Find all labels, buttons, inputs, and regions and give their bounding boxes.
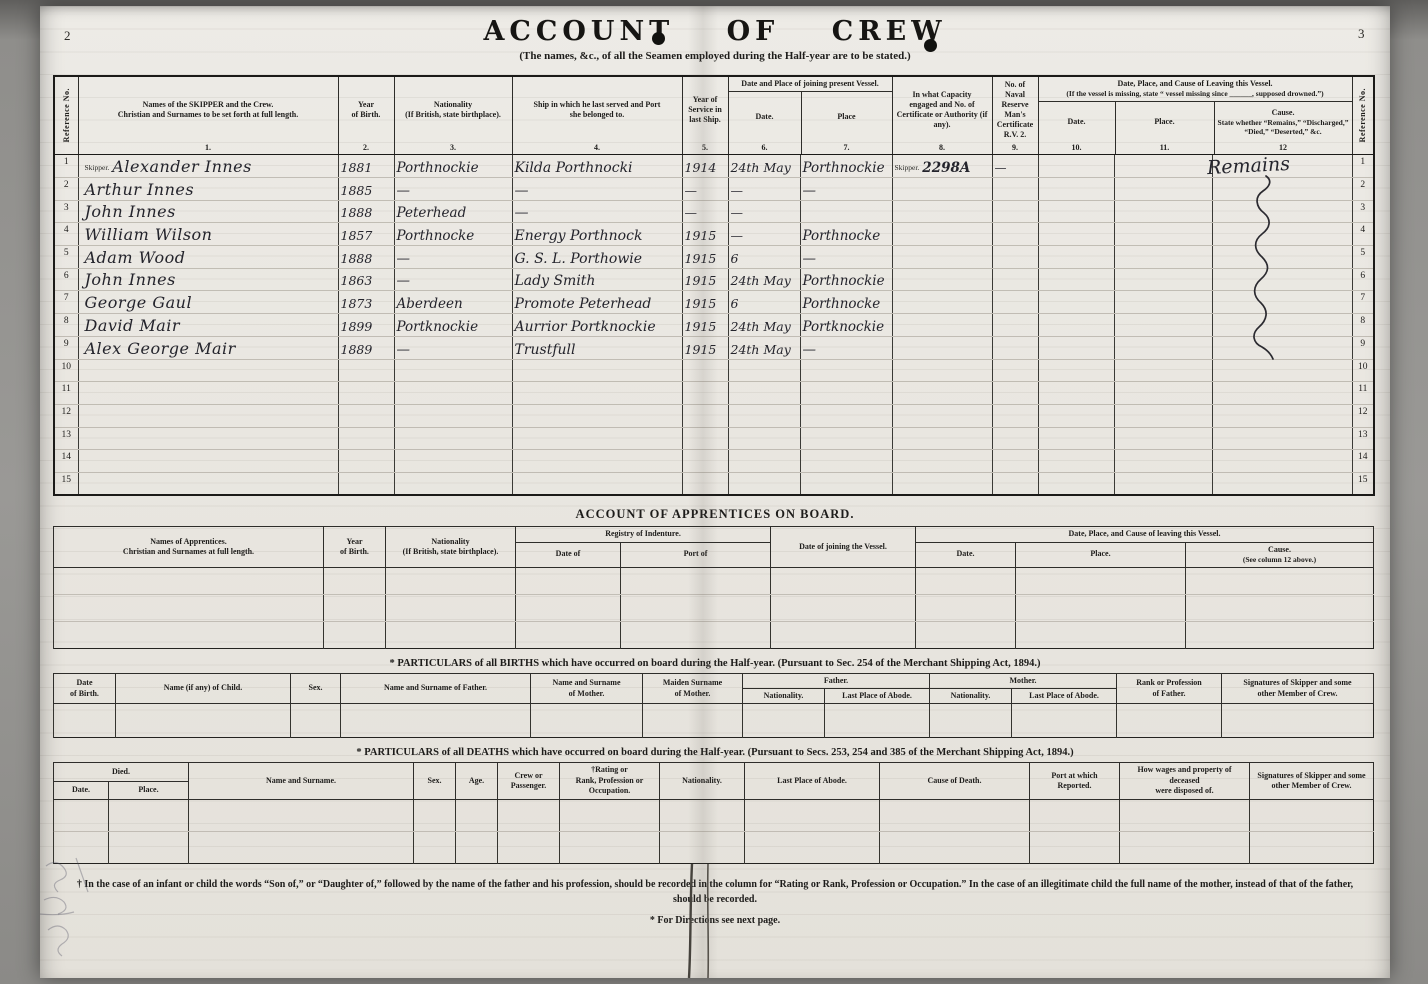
crew-cell-capacity — [892, 427, 992, 450]
crew-cell-join-place — [800, 450, 892, 473]
crew-cell-leave-date — [1038, 472, 1114, 495]
empty-cell — [1016, 621, 1186, 648]
crew-cell-leave-date — [1038, 223, 1114, 246]
crew-ref-left: 15 — [54, 472, 78, 495]
crew-cell-capacity — [892, 178, 992, 201]
crew-cell-birth — [338, 382, 394, 405]
crew-cell-rv2 — [992, 404, 1038, 427]
empty-cell — [116, 704, 291, 738]
empty-cell — [54, 621, 324, 648]
crew-cell-capacity — [892, 382, 992, 405]
apprentices-col-names: Names of Apprentices.Christian and Surna… — [54, 527, 324, 568]
crew-cell-leave-place — [1114, 268, 1212, 291]
crew-cell-join-place: — — [800, 178, 892, 201]
left-page-number: 2 — [64, 28, 71, 44]
crew-cell-join-place — [800, 472, 892, 495]
deaths-col-signatures: Signatures of Skipper and someother Memb… — [1250, 763, 1374, 799]
crew-cell-name: David Mair — [78, 314, 338, 337]
deaths-group-died: Died. — [54, 763, 189, 781]
crew-cell-rv2 — [992, 200, 1038, 223]
crew-cell-leave-place — [1114, 314, 1212, 337]
empty-cell — [745, 831, 880, 863]
empty-cell — [54, 594, 324, 621]
crew-ref-right: 7 — [1352, 291, 1374, 314]
empty-cell — [1250, 831, 1374, 863]
crew-cell-name — [78, 382, 338, 405]
crew-cell-cause: Remains — [1212, 155, 1352, 178]
apprentices-col-leave-cause: Cause.(See column 12 above.) — [1186, 542, 1374, 567]
empty-cell — [880, 831, 1030, 863]
empty-cell — [386, 567, 516, 594]
births-col-child: Name (if any) of Child. — [116, 673, 291, 704]
empty-cell — [54, 567, 324, 594]
crew-cell-leave-date — [1038, 404, 1114, 427]
empty-cell — [745, 799, 880, 831]
crew-col-leave-date: Date.10. — [1039, 102, 1115, 154]
crew-cell-join-place — [800, 359, 892, 382]
empty-cell — [386, 594, 516, 621]
empty-cell — [1250, 799, 1374, 831]
crew-ref-right: 8 — [1352, 314, 1374, 337]
crew-ref-left: 2 — [54, 178, 78, 201]
apprentices-col-nationality: Nationality(If British, state birthplace… — [386, 527, 516, 568]
crew-col-names: Names of the SKIPPER and the Crew.Christ… — [78, 76, 338, 155]
crew-cell-join-place: Porthnocke — [800, 291, 892, 314]
crew-ref-right: 5 — [1352, 246, 1374, 269]
crew-cell-ship: Promote Peterhead — [512, 291, 682, 314]
crew-cell-join-date: 6 — [728, 246, 800, 269]
empty-cell — [916, 567, 1016, 594]
crew-cell-rv2 — [992, 268, 1038, 291]
crew-ref-right: 11 — [1352, 382, 1374, 405]
crew-ref-right: 4 — [1352, 223, 1374, 246]
crew-cell-leave-date — [1038, 155, 1114, 178]
crew-cell-name: Skipper.Alexander Innes — [78, 155, 338, 178]
empty-cell — [1117, 704, 1222, 738]
deaths-col-died-place: Place. — [109, 781, 189, 799]
crew-cell-rv2 — [992, 472, 1038, 495]
crew-cell-ship: — — [512, 178, 682, 201]
crew-cell-leave-date — [1038, 268, 1114, 291]
crew-cell-join-date: 24th May — [728, 155, 800, 178]
reference-no-header-left: Reference No. — [54, 76, 78, 155]
crew-cell-capacity — [892, 223, 992, 246]
crew-cell-rv2 — [992, 336, 1038, 359]
empty-cell — [516, 621, 621, 648]
empty-cell — [341, 704, 531, 738]
births-col-mother-nationality: Nationality. — [930, 689, 1012, 704]
crew-cell-join-date — [728, 472, 800, 495]
crew-cell-capacity — [892, 472, 992, 495]
crew-cell-leave-date — [1038, 178, 1114, 201]
crew-cell-join-place — [800, 427, 892, 450]
crew-cell-join-date: — — [728, 178, 800, 201]
crew-cell-leave-date — [1038, 427, 1114, 450]
crew-cell-cause — [1212, 382, 1352, 405]
empty-cell — [771, 567, 916, 594]
empty-cell — [109, 799, 189, 831]
empty-cell — [1120, 799, 1250, 831]
crew-cell-leave-date — [1038, 359, 1114, 382]
crew-cell-birth — [338, 359, 394, 382]
crew-cell-birth: 1889 — [338, 336, 394, 359]
crew-cell-cause — [1212, 359, 1352, 382]
crew-ref-left: 14 — [54, 450, 78, 473]
empty-cell — [916, 621, 1016, 648]
crew-cell-name: John Innes — [78, 268, 338, 291]
crew-cell-leave-place — [1114, 246, 1212, 269]
crew-ref-left: 8 — [54, 314, 78, 337]
crew-cell-join-date: — — [728, 223, 800, 246]
crew-cell-capacity — [892, 246, 992, 269]
empty-cell — [109, 831, 189, 863]
crew-ref-right: 12 — [1352, 404, 1374, 427]
crew-cell-rv2: — — [992, 155, 1038, 178]
crew-cell-nationality — [394, 404, 512, 427]
crew-cell-capacity — [892, 404, 992, 427]
empty-cell — [498, 831, 560, 863]
apprentices-group-leaving: Date, Place, and Cause of leaving this V… — [916, 527, 1374, 542]
crew-cell-join-date: 24th May — [728, 336, 800, 359]
apprentices-col-registry-date: Date of — [516, 542, 621, 567]
crew-cell-birth: 1885 — [338, 178, 394, 201]
crew-cell-leave-place — [1114, 450, 1212, 473]
crew-ref-left: 13 — [54, 427, 78, 450]
crew-cell-join-place — [800, 200, 892, 223]
crew-cell-leave-place — [1114, 291, 1212, 314]
crew-ref-left: 10 — [54, 359, 78, 382]
crew-cell-rv2 — [992, 291, 1038, 314]
apprentices-col-birth: Yearof Birth. — [324, 527, 386, 568]
crew-cell-cause — [1212, 223, 1352, 246]
crew-cell-name: Arthur Innes — [78, 178, 338, 201]
right-page-number: 3 — [1358, 26, 1365, 42]
crew-cell-join-place: — — [800, 246, 892, 269]
crew-col-ship: Ship in which he last served and Portshe… — [512, 76, 682, 155]
crew-cell-nationality — [394, 359, 512, 382]
crew-col-leave-cause: Cause.State whether “Remains,” “Discharg… — [1214, 102, 1352, 154]
crew-col-leave-place: Place.11. — [1115, 102, 1214, 154]
crew-cell-nationality: Porthnocke — [394, 223, 512, 246]
empty-cell — [386, 621, 516, 648]
crew-cell-ship: Trustfull — [512, 336, 682, 359]
crew-cell-join-date — [728, 450, 800, 473]
crew-col-capacity: In what Capacityengaged and No. of Certi… — [892, 76, 992, 155]
crew-cell-nationality: Aberdeen — [394, 291, 512, 314]
crew-cell-leave-place — [1114, 155, 1212, 178]
crew-ref-left: 5 — [54, 246, 78, 269]
crew-cell-ship: — — [512, 200, 682, 223]
crew-cell-cause — [1212, 472, 1352, 495]
deaths-col-wages: How wages and property of deceasedwere d… — [1120, 763, 1250, 799]
crew-cell-leave-place — [1114, 404, 1212, 427]
crew-cell-birth: 1873 — [338, 291, 394, 314]
crew-ref-left: 6 — [54, 268, 78, 291]
crew-cell-leave-date — [1038, 336, 1114, 359]
crew-cell-leave-place — [1114, 200, 1212, 223]
crew-cell-join-place: Porthnockie — [800, 155, 892, 178]
apprentices-col-joining: Date of joining the Vessel. — [771, 527, 916, 568]
empty-cell — [743, 704, 825, 738]
empty-cell — [516, 567, 621, 594]
crew-cell-cause — [1212, 450, 1352, 473]
crew-cell-cause — [1212, 336, 1352, 359]
births-col-signatures: Signatures of Skipper and someother Memb… — [1222, 673, 1374, 704]
crew-cell-ship: Aurrior Portknockie — [512, 314, 682, 337]
empty-cell — [414, 799, 456, 831]
empty-cell — [54, 704, 116, 738]
empty-cell — [498, 799, 560, 831]
scanned-document: 2 3 ACCOUNT OF CREW (The names, &c., of … — [0, 0, 1428, 984]
crew-ref-right: 15 — [1352, 472, 1374, 495]
crew-ref-left: 3 — [54, 200, 78, 223]
crew-ref-left: 1 — [54, 155, 78, 178]
crew-cell-name: Alex George Mair — [78, 336, 338, 359]
crew-cell-name — [78, 427, 338, 450]
crew-cell-capacity — [892, 314, 992, 337]
crew-ref-right: 10 — [1352, 359, 1374, 382]
crew-cell-join-date: 24th May — [728, 314, 800, 337]
crew-cell-name — [78, 404, 338, 427]
crew-cell-nationality: Portknockie — [394, 314, 512, 337]
crew-cell-nationality: — — [394, 246, 512, 269]
crew-cell-name: Adam Wood — [78, 246, 338, 269]
empty-cell — [291, 704, 341, 738]
crew-ref-right: 9 — [1352, 336, 1374, 359]
crew-cell-name: George Gaul — [78, 291, 338, 314]
crew-cell-cause — [1212, 200, 1352, 223]
empty-cell — [560, 831, 660, 863]
deaths-col-sex: Sex. — [414, 763, 456, 799]
crew-cell-leave-place — [1114, 178, 1212, 201]
crew-cell-nationality: Porthnockie — [394, 155, 512, 178]
empty-cell — [930, 704, 1012, 738]
crew-ref-left: 7 — [54, 291, 78, 314]
empty-cell — [560, 799, 660, 831]
crew-cell-join-date: — — [728, 200, 800, 223]
crew-col-birth: Yearof Birth.2. — [338, 76, 394, 155]
crew-ref-left: 12 — [54, 404, 78, 427]
crew-ref-left: 9 — [54, 336, 78, 359]
crew-col-join-date: Date.6. — [729, 92, 801, 154]
crew-col-join-place: Place7. — [801, 92, 892, 154]
crew-cell-leave-place — [1114, 427, 1212, 450]
crew-cell-nationality: Peterhead — [394, 200, 512, 223]
empty-cell — [880, 799, 1030, 831]
empty-cell — [1030, 831, 1120, 863]
crew-group-leaving: Date, Place, and Cause of Leaving this V… — [1038, 76, 1352, 155]
crew-cell-ship — [512, 472, 682, 495]
crew-cell-leave-place — [1114, 223, 1212, 246]
crew-cell-ship — [512, 382, 682, 405]
crew-cell-capacity — [892, 200, 992, 223]
crew-cell-rv2 — [992, 246, 1038, 269]
punch-hole-icon — [924, 39, 937, 52]
crew-cell-nationality — [394, 472, 512, 495]
crew-ref-right: 2 — [1352, 178, 1374, 201]
empty-cell — [531, 704, 643, 738]
births-col-sex: Sex. — [291, 673, 341, 704]
crew-cell-birth: 1888 — [338, 200, 394, 223]
crew-cell-join-place — [800, 382, 892, 405]
empty-cell — [1186, 567, 1374, 594]
crew-cell-cause — [1212, 178, 1352, 201]
deaths-col-name: Name and Surname. — [189, 763, 414, 799]
births-col-father-abode: Last Place of Abode. — [825, 689, 930, 704]
crew-cell-birth — [338, 472, 394, 495]
ledger-page-spread: 2 3 ACCOUNT OF CREW (The names, &c., of … — [40, 6, 1390, 978]
crew-cell-leave-place — [1114, 382, 1212, 405]
deaths-col-abode: Last Place of Abode. — [745, 763, 880, 799]
crew-cell-join-date: 24th May — [728, 268, 800, 291]
deaths-col-rating: †Rating orRank, Profession or Occupation… — [560, 763, 660, 799]
empty-cell — [1016, 567, 1186, 594]
empty-cell — [324, 621, 386, 648]
crew-ref-left: 4 — [54, 223, 78, 246]
births-col-mother-name: Name and Surnameof Mother. — [531, 673, 643, 704]
empty-cell — [54, 799, 109, 831]
crew-cell-capacity — [892, 336, 992, 359]
crew-cell-cause — [1212, 427, 1352, 450]
crew-cell-ship — [512, 359, 682, 382]
crew-cell-nationality: — — [394, 178, 512, 201]
crew-cell-leave-place — [1114, 336, 1212, 359]
crew-cell-join-date — [728, 359, 800, 382]
crew-ref-right: 1 — [1352, 155, 1374, 178]
crew-cell-ship — [512, 427, 682, 450]
crew-cell-capacity — [892, 291, 992, 314]
crew-cell-join-place: — — [800, 336, 892, 359]
crew-cell-rv2 — [992, 427, 1038, 450]
empty-cell — [1222, 704, 1374, 738]
crew-cell-name — [78, 359, 338, 382]
crew-cell-rv2 — [992, 223, 1038, 246]
empty-cell — [825, 704, 930, 738]
crew-col-nationality: Nationality(If British, state birthplace… — [394, 76, 512, 155]
crew-cell-name: William Wilson — [78, 223, 338, 246]
crew-cell-ship: G. S. L. Porthowie — [512, 246, 682, 269]
empty-cell — [1030, 799, 1120, 831]
empty-cell — [916, 594, 1016, 621]
empty-cell — [189, 799, 414, 831]
crew-cell-join-place: Porthnocke — [800, 223, 892, 246]
births-group-father: Father. — [743, 673, 930, 688]
crew-cell-cause — [1212, 291, 1352, 314]
crew-cell-nationality: — — [394, 268, 512, 291]
crew-cell-nationality: — — [394, 336, 512, 359]
crew-cell-birth: 1888 — [338, 246, 394, 269]
crew-cell-cause — [1212, 246, 1352, 269]
empty-cell — [1012, 704, 1117, 738]
births-col-mother-abode: Last Place of Abode. — [1012, 689, 1117, 704]
crew-cell-join-place: Portknockie — [800, 314, 892, 337]
apprentices-group-registry: Registry of Indenture. — [516, 527, 771, 542]
crew-cell-nationality — [394, 382, 512, 405]
deaths-col-crew-or-passenger: Crew orPassenger. — [498, 763, 560, 799]
crew-cell-capacity — [892, 450, 992, 473]
crew-cell-ship: Energy Porthnock — [512, 223, 682, 246]
crew-cell-birth: 1857 — [338, 223, 394, 246]
crew-cell-birth — [338, 427, 394, 450]
crew-cell-cause — [1212, 314, 1352, 337]
deaths-col-died-date: Date. — [54, 781, 109, 799]
births-col-father-name: Name and Surname of Father. — [341, 673, 531, 704]
empty-cell — [456, 831, 498, 863]
crew-cell-name — [78, 450, 338, 473]
crew-ref-right: 6 — [1352, 268, 1374, 291]
crew-cell-nationality — [394, 450, 512, 473]
crew-cell-birth — [338, 404, 394, 427]
crew-cell-leave-date — [1038, 291, 1114, 314]
center-fold-shadow — [688, 6, 718, 978]
crew-cell-nationality — [394, 427, 512, 450]
crew-ref-right: 14 — [1352, 450, 1374, 473]
punch-hole-icon — [652, 32, 665, 45]
crew-cell-birth: 1863 — [338, 268, 394, 291]
crew-cell-name: John Innes — [78, 200, 338, 223]
births-col-date: Dateof Birth. — [54, 673, 116, 704]
empty-cell — [1120, 831, 1250, 863]
empty-cell — [189, 831, 414, 863]
empty-cell — [54, 831, 109, 863]
crew-cell-join-date — [728, 427, 800, 450]
crew-cell-leave-date — [1038, 246, 1114, 269]
crew-cell-leave-place — [1114, 359, 1212, 382]
crew-ref-left: 11 — [54, 382, 78, 405]
deaths-col-age: Age. — [456, 763, 498, 799]
crew-cell-leave-date — [1038, 200, 1114, 223]
births-col-rank: Rank or Professionof Father. — [1117, 673, 1222, 704]
crew-cell-ship: Lady Smith — [512, 268, 682, 291]
empty-cell — [771, 594, 916, 621]
crew-cell-ship: Kilda Porthnocki — [512, 155, 682, 178]
deaths-col-cause: Cause of Death. — [880, 763, 1030, 799]
crew-cell-rv2 — [992, 382, 1038, 405]
crew-cell-ship — [512, 450, 682, 473]
births-col-father-nationality: Nationality. — [743, 689, 825, 704]
crew-cell-leave-date — [1038, 450, 1114, 473]
crew-cell-leave-date — [1038, 382, 1114, 405]
crew-cell-join-place — [800, 404, 892, 427]
empty-cell — [324, 567, 386, 594]
crew-cell-rv2 — [992, 314, 1038, 337]
crew-col-rv2: No. ofNaval Reserve Man's Certificate R.… — [992, 76, 1038, 155]
crew-cell-name — [78, 472, 338, 495]
crew-cell-capacity: Skipper.2298A — [892, 155, 992, 178]
crew-cell-cause — [1212, 268, 1352, 291]
crew-cell-rv2 — [992, 450, 1038, 473]
crew-cell-birth: 1899 — [338, 314, 394, 337]
crew-group-joining: Date and Place of joining present Vessel… — [728, 76, 892, 155]
empty-cell — [516, 594, 621, 621]
crew-cell-join-date — [728, 382, 800, 405]
apprentices-col-leave-date: Date. — [916, 542, 1016, 567]
crew-ref-right: 13 — [1352, 427, 1374, 450]
crew-cell-birth: 1881 — [338, 155, 394, 178]
empty-cell — [1186, 594, 1374, 621]
crew-cell-capacity — [892, 268, 992, 291]
empty-cell — [456, 799, 498, 831]
crew-cell-cause — [1212, 404, 1352, 427]
crew-ref-right: 3 — [1352, 200, 1374, 223]
empty-cell — [771, 621, 916, 648]
empty-cell — [414, 831, 456, 863]
crew-cell-birth — [338, 450, 394, 473]
crew-cell-join-date: 6 — [728, 291, 800, 314]
apprentices-col-leave-place: Place. — [1016, 542, 1186, 567]
crew-cell-ship — [512, 404, 682, 427]
reference-no-header-right: Reference No. — [1352, 76, 1374, 155]
